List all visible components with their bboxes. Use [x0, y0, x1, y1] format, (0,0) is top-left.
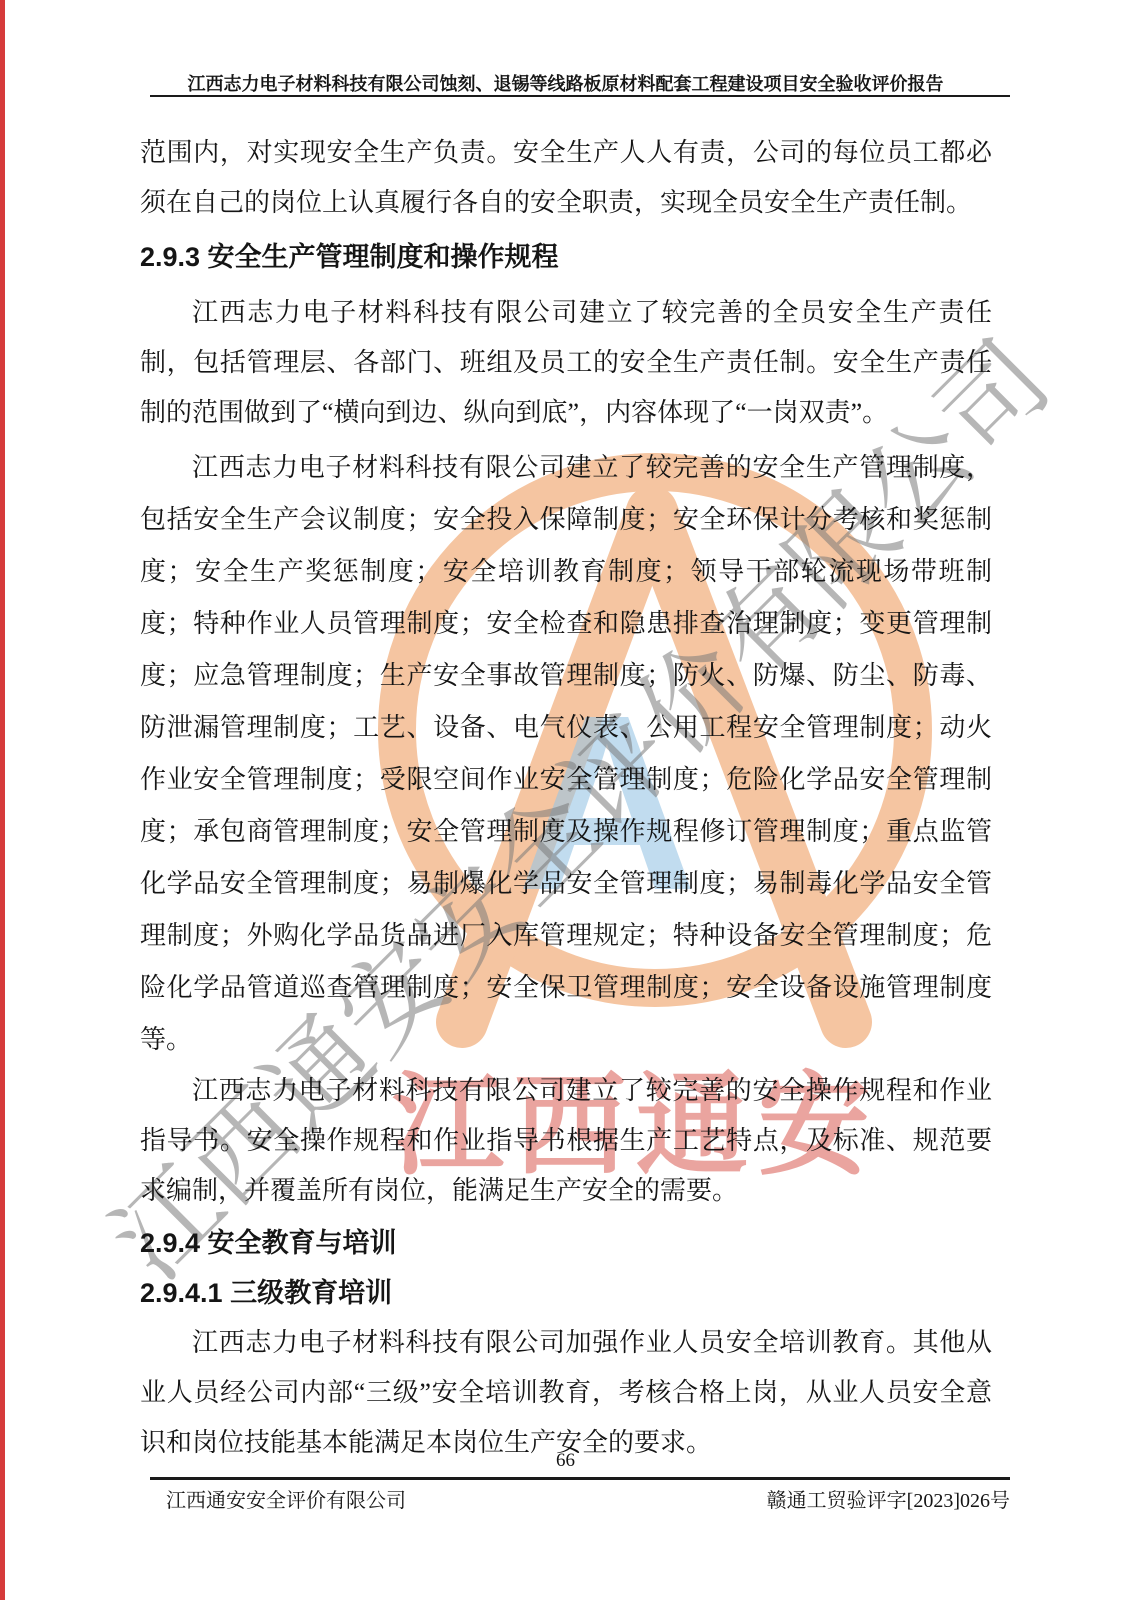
section-heading-2-9-3: 2.9.3 安全生产管理制度和操作规程: [140, 232, 992, 282]
section-heading-2-9-4: 2.9.4 安全教育与培训: [140, 1218, 992, 1268]
header-title: 江西志力电子材料科技有限公司蚀刻、退锡等线路板原材料配套工程建设项目安全验收评价…: [60, 70, 1071, 96]
page-number: 66: [0, 1450, 1131, 1472]
paragraph-operating-procedures: 江西志力电子材料科技有限公司建立了较完善的安全操作规程和作业指导书。安全操作规程…: [140, 1066, 992, 1216]
paragraph-responsibility-system: 江西志力电子材料科技有限公司建立了较完善的全员安全生产责任制，包括管理层、各部门…: [140, 288, 992, 438]
footer-company-name: 江西通安安全评价有限公司: [150, 1484, 406, 1513]
header-rule: [150, 95, 1010, 97]
paragraph-management-systems: 江西志力电子材料科技有限公司建立了较完善的安全生产管理制度，包括安全生产会议制度…: [140, 442, 992, 1066]
footer-document-number: 赣通工贸验评字[2023]026号: [767, 1484, 1010, 1513]
paragraph-three-level-training: 江西志力电子材料科技有限公司加强作业人员安全培训教育。其他从业人员经公司内部“三…: [140, 1318, 992, 1468]
document-body: 范围内，对实现安全生产负责。安全生产人人有责，公司的每位员工都必须在自己的岗位上…: [140, 128, 992, 1468]
footer: 江西通安安全评价有限公司 赣通工贸验评字[2023]026号: [150, 1484, 1010, 1513]
section-heading-2-9-4-1: 2.9.4.1 三级教育培训: [140, 1268, 992, 1318]
report-page: A 江西通安安全评价有限公司 江西通安 江西志力电子材料科技有限公司蚀刻、退锡等…: [0, 0, 1131, 1600]
paragraph-continuation: 范围内，对实现安全生产负责。安全生产人人有责，公司的每位员工都必须在自己的岗位上…: [140, 128, 992, 228]
scan-edge-stripe: [0, 0, 5, 1600]
footer-rule: [150, 1477, 1010, 1480]
